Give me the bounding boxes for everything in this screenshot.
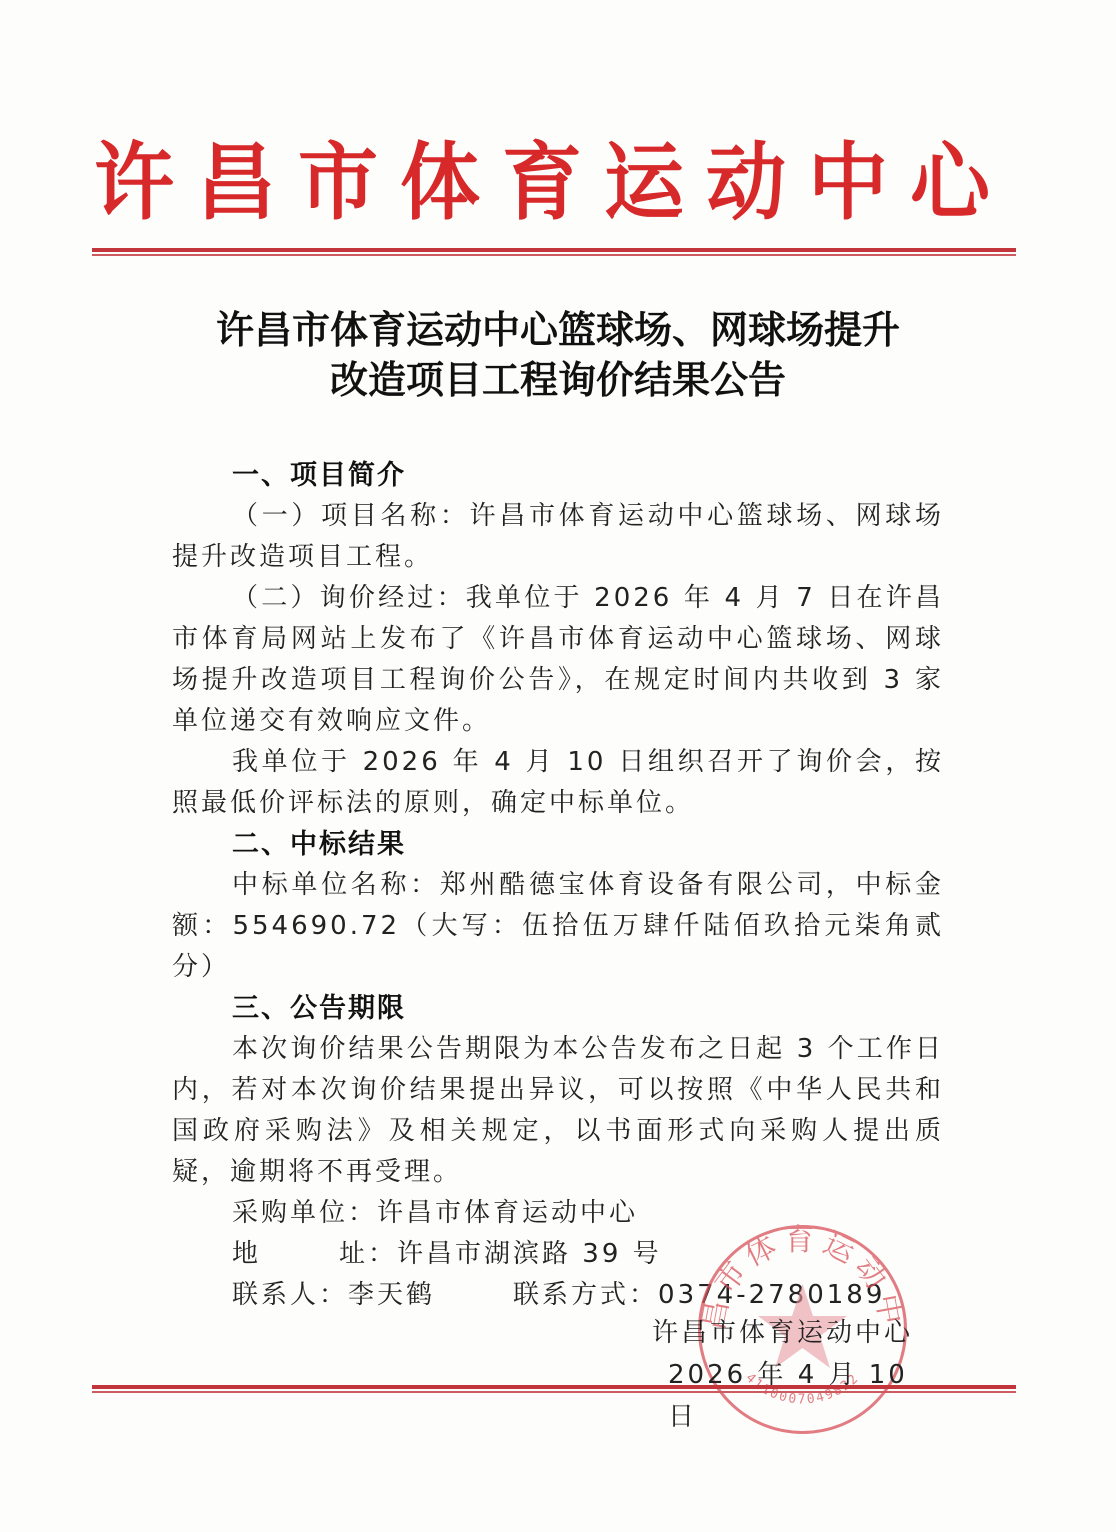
document-title-line-2: 改造项目工程询价结果公告 <box>120 355 996 405</box>
contact-phone-label: 联系方式： <box>513 1280 658 1310</box>
signature-date: 2026 年 4 月 10 日 <box>648 1354 948 1438</box>
purchaser-value: 许昌市体育运动中心 <box>377 1198 638 1228</box>
purchaser-label: 采购单位： <box>232 1193 377 1234</box>
section-heading-project-intro: 一、项目简介 <box>172 455 944 496</box>
document-title: 许昌市体育运动中心篮球场、网球场提升 改造项目工程询价结果公告 <box>120 305 996 405</box>
paragraph-project-name: （一）项目名称：许昌市体育运动中心篮球场、网球场提升改造项目工程。 <box>172 496 944 578</box>
address-label-part-2: 址： <box>339 1239 397 1269</box>
contact-phone-value: 0374-2780189 <box>658 1280 885 1310</box>
address-value: 许昌市湖滨路 39 号 <box>397 1239 662 1269</box>
contact-person-value: 李天鹤 <box>348 1280 435 1310</box>
contact-line: 联系人：李天鹤联系方式：0374-2780189 <box>172 1275 944 1316</box>
contact-person-label: 联系人： <box>232 1280 348 1310</box>
header-divider <box>92 248 1016 256</box>
signature-block: 许昌市体育运动中心 2026 年 4 月 10 日 <box>648 1312 948 1438</box>
paragraph-inquiry-process: （二）询价经过：我单位于 2026 年 4 月 7 日在许昌市体育局网站上发布了… <box>172 578 944 742</box>
document-body: 一、项目简介 （一）项目名称：许昌市体育运动中心篮球场、网球场提升改造项目工程。… <box>172 455 944 1316</box>
masthead-org-name: 许昌市体育运动中心 <box>90 130 1016 235</box>
address-line: 地址：许昌市湖滨路 39 号 <box>172 1234 944 1275</box>
paragraph-notice-period: 本次询价结果公告期限为本公告发布之日起 3 个工作日内，若对本次询价结果提出异议… <box>172 1029 944 1193</box>
paragraph-winning-bidder: 中标单位名称：郑州酷德宝体育设备有限公司，中标金额：554690.72（大写：伍… <box>172 865 944 988</box>
footer-divider <box>92 1385 1016 1393</box>
section-heading-notice-period: 三、公告期限 <box>172 988 944 1029</box>
announcement-page: 许昌市体育运动中心 许昌市体育运动中心篮球场、网球场提升 改造项目工程询价结果公… <box>0 0 1116 1532</box>
purchaser-line: 采购单位：许昌市体育运动中心 <box>172 1193 944 1234</box>
address-label-part-1: 地 <box>232 1239 261 1269</box>
document-title-line-1: 许昌市体育运动中心篮球场、网球场提升 <box>120 305 996 355</box>
paragraph-inquiry-meeting: 我单位于 2026 年 4 月 10 日组织召开了询价会，按照最低价评标法的原则… <box>172 742 944 824</box>
signature-org: 许昌市体育运动中心 <box>648 1312 948 1354</box>
section-heading-award-result: 二、中标结果 <box>172 824 944 865</box>
